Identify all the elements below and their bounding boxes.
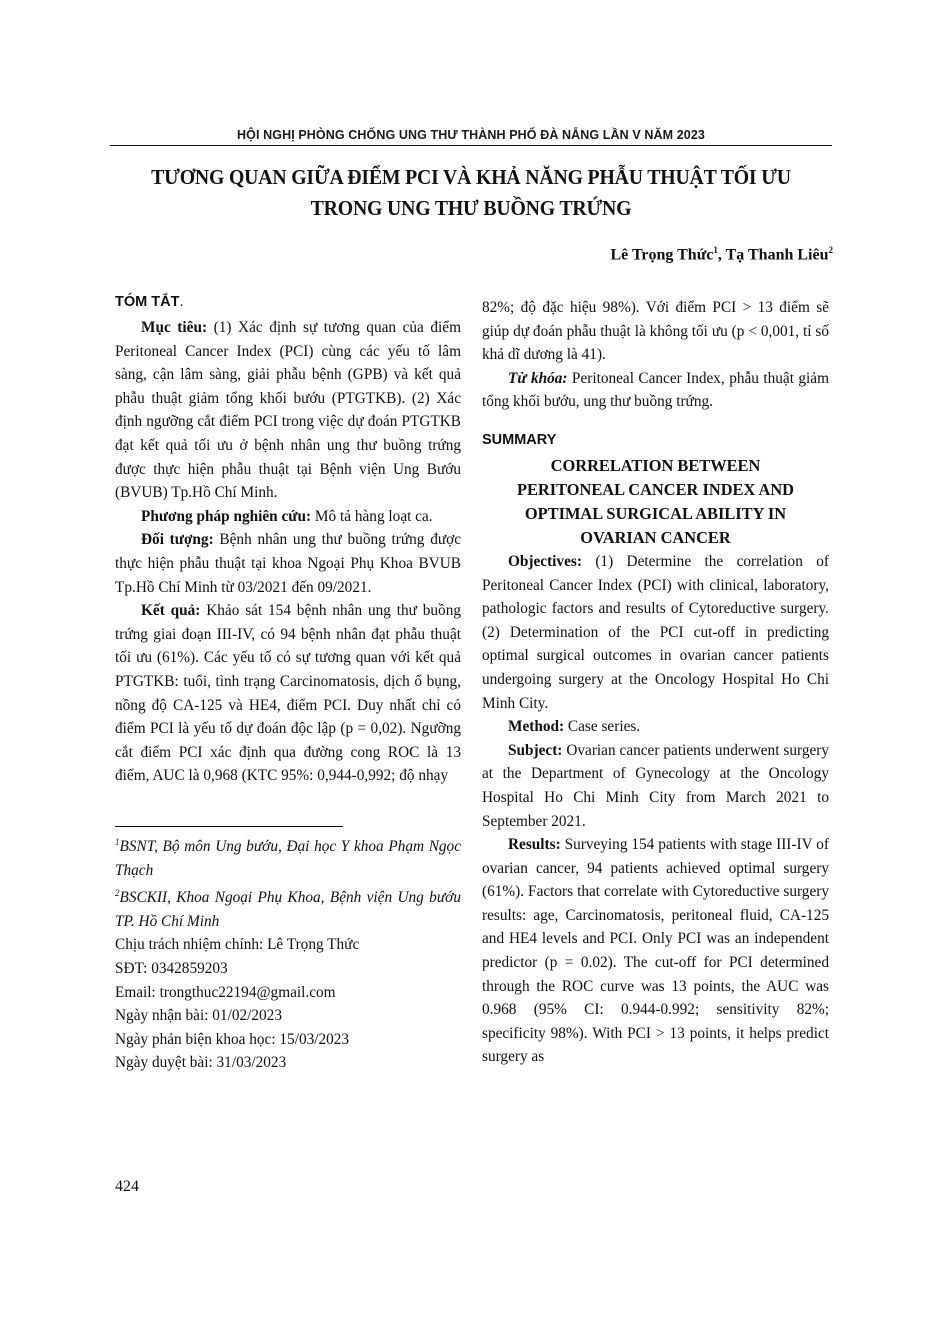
article-title-line-2: TRONG UNG THƯ BUỒNG TRỨNG	[139, 193, 803, 224]
author-affiliation-sup: 2	[829, 245, 834, 255]
summary-objectives: Objectives: (1) Determine the correlatio…	[482, 550, 829, 715]
footnote-affiliation-1: 1BSNT, Bộ môn Ung bướu, Đại học Y khoa P…	[115, 831, 461, 882]
method-label: Phương pháp nghiên cứu:	[141, 508, 311, 525]
method-text: Case series.	[564, 718, 640, 735]
abstract-method: Phương pháp nghiên cứu: Mô tả hàng loạt …	[115, 505, 461, 529]
results-label: Kết quả:	[141, 602, 200, 619]
footnote-divider	[115, 826, 343, 827]
objectives-text: (1) Xác định sự tương quan của điểm Peri…	[115, 319, 461, 501]
left-column: TÓM TẮT. Mục tiêu: (1) Xác định sự tương…	[115, 290, 461, 1075]
phone-number: SĐT: 0342859203	[115, 957, 461, 981]
abstract-heading: TÓM TẮT.	[115, 290, 461, 314]
footnote-affiliation-2: 2BSCKII, Khoa Ngoại Phụ Khoa, Bệnh viện …	[115, 882, 461, 933]
abstract-heading-punct: .	[179, 294, 183, 310]
running-header: HỘI NGHỊ PHÒNG CHỐNG UNG THƯ THÀNH PHỐ Đ…	[110, 128, 832, 146]
method-label: Method:	[508, 718, 564, 735]
corresponding-author: Chịu trách nhiệm chính: Lê Trọng Thức	[115, 933, 461, 957]
page-number: 424	[115, 1178, 139, 1196]
objectives-label: Mục tiêu:	[141, 319, 207, 336]
abstract-keywords: Từ khóa: Peritoneal Cancer Index, phẫu t…	[482, 367, 829, 414]
abstract-heading-text: TÓM TẮT	[115, 294, 179, 310]
keywords-label: Từ khóa:	[508, 370, 568, 387]
abstract-objectives: Mục tiêu: (1) Xác định sự tương quan của…	[115, 316, 461, 505]
date-received: Ngày nhận bài: 01/02/2023	[115, 1004, 461, 1028]
english-title-line: OPTIMAL SURGICAL ABILITY IN	[482, 502, 829, 526]
subject-label: Subject:	[508, 742, 562, 759]
email-address: Email: trongthuc22194@gmail.com	[115, 981, 461, 1005]
author-name: Lê Trọng Thức	[610, 246, 713, 263]
english-title-line: CORRELATION BETWEEN	[482, 454, 829, 478]
summary-heading: SUMMARY	[482, 428, 829, 452]
summary-results: Results: Surveying 154 patients with sta…	[482, 833, 829, 1069]
english-title-line: PERITONEAL CANCER INDEX AND	[482, 478, 829, 502]
author-separator: ,	[718, 246, 726, 263]
objectives-label: Objectives:	[508, 553, 582, 570]
method-text: Mô tả hàng loạt ca.	[311, 508, 433, 525]
abstract-results: Kết quả: Khảo sát 154 bệnh nhân ung thư …	[115, 599, 461, 788]
article-title-line-1: TƯƠNG QUAN GIỮA ĐIỂM PCI VÀ KHẢ NĂNG PHẪ…	[139, 162, 803, 193]
date-accepted: Ngày duyệt bài: 31/03/2023	[115, 1051, 461, 1075]
subject-label: Đối tượng:	[141, 531, 214, 548]
footnote-text: BSNT, Bộ môn Ung bướu, Đại học Y khoa Ph…	[115, 838, 461, 879]
date-reviewed: Ngày phản biện khoa học: 15/03/2023	[115, 1028, 461, 1052]
article-title: TƯƠNG QUAN GIỮA ĐIỂM PCI VÀ KHẢ NĂNG PHẪ…	[139, 162, 803, 224]
author-list: Lê Trọng Thức1, Tạ Thanh Liêu2	[610, 245, 833, 264]
abstract-results-continued: 82%; độ đặc hiệu 98%). Với điểm PCI > 13…	[482, 296, 829, 367]
summary-method: Method: Case series.	[482, 715, 829, 739]
abstract-subject: Đối tượng: Bệnh nhân ung thư buồng trứng…	[115, 528, 461, 599]
results-text: Khảo sát 154 bệnh nhân ung thư buồng trứ…	[115, 602, 461, 784]
summary-subject: Subject: Ovarian cancer patients underwe…	[482, 739, 829, 833]
objectives-text: (1) Determine the correlation of Periton…	[482, 553, 829, 712]
results-text: Surveying 154 patients with stage III-IV…	[482, 836, 829, 1065]
english-title-line: OVARIAN CANCER	[482, 526, 829, 550]
author-name: Tạ Thanh Liêu	[726, 246, 829, 263]
footnote-text: BSCKII, Khoa Ngoại Phụ Khoa, Bệnh viện U…	[115, 889, 461, 930]
right-column: 82%; độ đặc hiệu 98%). Với điểm PCI > 13…	[482, 296, 829, 1069]
results-label: Results:	[508, 836, 561, 853]
english-title: CORRELATION BETWEEN PERITONEAL CANCER IN…	[482, 454, 829, 550]
